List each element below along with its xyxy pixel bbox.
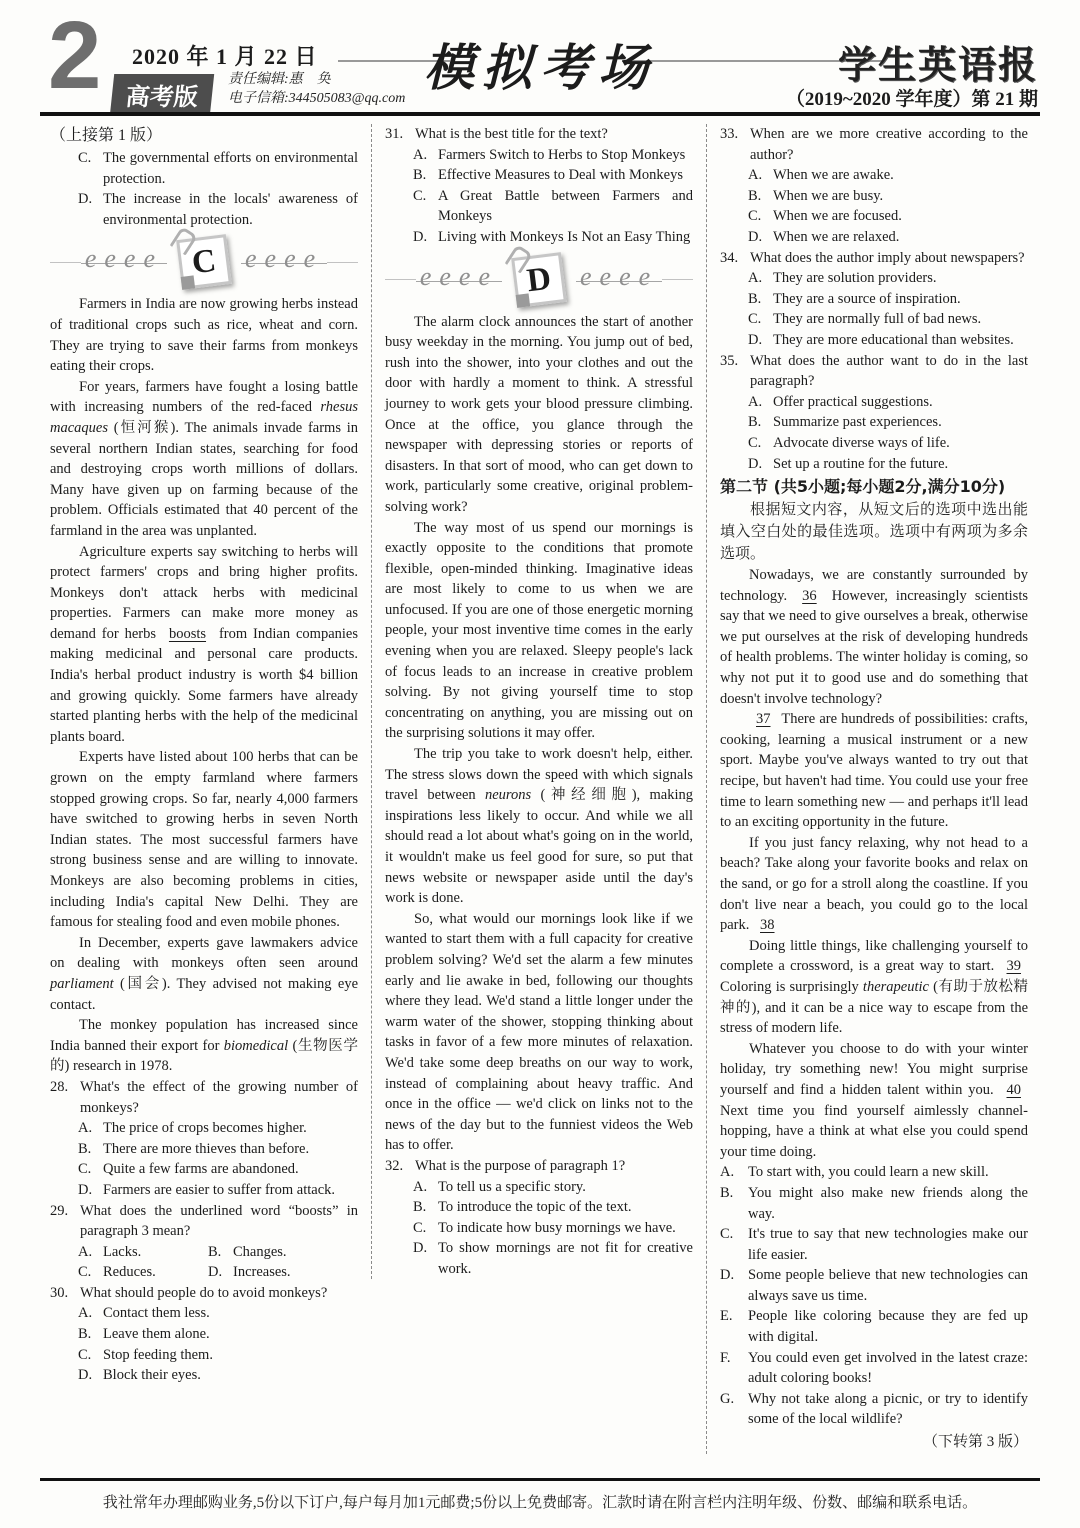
choice-label: F. (720, 1348, 748, 1389)
answer-option: C.They are normally full of bad news. (720, 309, 1028, 330)
section-instructions: 根据短文内容，从短文后的选项中选出能填入空白处的最佳选项。选项中有两项为多余选项… (720, 499, 1028, 565)
question-text: What's the effect of the growing number … (80, 1077, 358, 1118)
marker-line (327, 262, 358, 263)
option-label: D. (78, 189, 103, 230)
question-text: When are we more creative according to t… (750, 124, 1028, 165)
option-label: C. (748, 309, 773, 330)
option-label: C. (413, 1218, 438, 1239)
option-label: B. (413, 165, 438, 186)
answer-option: C.Stop feeding them. (50, 1345, 358, 1366)
option-text: They are normally full of bad news. (773, 309, 1028, 330)
option-text: To show mornings are not fit for creativ… (438, 1238, 693, 1279)
answer-option: D.Living with Monkeys Is Not an Easy Thi… (385, 227, 693, 248)
answer-option: C.Advocate diverse ways of life. (720, 433, 1028, 454)
answer-option: B.Effective Measures to Deal with Monkey… (385, 165, 693, 186)
newspaper-page: 2 2020 年 1 月 22 日 高考版 责任编辑:惠 奂 电子信箱:3445… (0, 0, 1080, 1528)
question-text: What is the best title for the text? (415, 124, 693, 145)
question: 32.What is the purpose of paragraph 1? (385, 1156, 693, 1177)
header-divider (40, 112, 1040, 116)
passage-paragraph: The monkey population has increased sinc… (50, 1015, 358, 1077)
option-text: Advocate diverse ways of life. (773, 433, 1028, 454)
answer-option: B.There are more thieves than before. (50, 1139, 358, 1160)
option-text: Reduces. (103, 1262, 156, 1283)
option-label: C. (748, 433, 773, 454)
option-text: Effective Measures to Deal with Monkeys (438, 165, 693, 186)
answer-option: C.Quite a few farms are abandoned. (50, 1159, 358, 1180)
passage-paragraph: The way most of us spend our mornings is… (385, 518, 693, 745)
option-label: A. (78, 1242, 103, 1263)
option-label: B. (413, 1197, 438, 1218)
answer-option: G.Why not take along a picnic, or try to… (720, 1389, 1028, 1430)
option-label: D. (208, 1262, 233, 1283)
option-text: Quite a few farms are abandoned. (103, 1159, 358, 1180)
option-text: The price of crops becomes higher. (103, 1118, 358, 1139)
answer-option: C.To indicate how busy mornings we have. (385, 1218, 693, 1239)
option-label: B. (208, 1242, 233, 1263)
choice-label: B. (720, 1183, 748, 1224)
option-text: To indicate how busy mornings we have. (438, 1218, 693, 1239)
choice-label: G. (720, 1389, 748, 1430)
answer-option: B.When we are busy. (720, 186, 1028, 207)
answer-option: A.To start with, you could learn a new s… (720, 1162, 1028, 1183)
footer-notice: 我社常年办理邮购业务,5份以下订户,每户每月加1元邮费;5份以上免费邮寄。汇款时… (0, 1491, 1080, 1512)
question: 35.What does the author want to do in th… (720, 351, 1028, 392)
issue-date: 2020 年 1 月 22 日 (132, 40, 318, 71)
footer-divider (40, 1478, 1040, 1481)
passage-paragraph: So, what would our mornings look like if… (385, 909, 693, 1156)
option-text: To introduce the topic of the text. (438, 1197, 693, 1218)
editor-line: 责任编辑:惠 奂 (228, 70, 405, 89)
option-label: A. (748, 268, 773, 289)
option-text: When we are relaxed. (773, 227, 1028, 248)
question-label: 30. (50, 1283, 80, 1304)
answer-option: B.They are a source of inspiration. (720, 289, 1028, 310)
passage-letter: C (190, 245, 218, 281)
body-columns: （上接第 1 版）C.The governmental efforts on e… (0, 116, 1080, 1470)
option-text: Contact them less. (103, 1303, 358, 1324)
option-text: They are a source of inspiration. (773, 289, 1028, 310)
page-header: 2 2020 年 1 月 22 日 高考版 责任编辑:惠 奂 电子信箱:3445… (0, 0, 1080, 116)
choice-label: A. (720, 1162, 748, 1183)
option-label: C. (78, 1262, 103, 1283)
question-text: What should people do to avoid monkeys? (80, 1283, 358, 1304)
answer-option: D.Set up a routine for the future. (720, 454, 1028, 475)
option-label: A. (78, 1118, 103, 1139)
column-3: 33.When are we more creative according t… (706, 124, 1028, 1454)
continued-from-note: （上接第 1 版） (50, 124, 358, 148)
answer-option: D.When we are relaxed. (720, 227, 1028, 248)
choice-label: E. (720, 1306, 748, 1347)
answer-option: D.Some people believe that new technolog… (720, 1265, 1028, 1306)
option-text: Lacks. (103, 1242, 141, 1263)
option-label: D. (78, 1180, 103, 1201)
passage-marker: eeeeCeeee (50, 232, 358, 292)
newspaper-logo: 学生英语报 (838, 34, 1038, 89)
answer-option: D.To show mornings are not fit for creat… (385, 1238, 693, 1279)
option-text: Living with Monkeys Is Not an Easy Thing (438, 227, 693, 248)
option-label: C. (78, 148, 103, 189)
section-two-heading: 第二节 (共5小题;每小题2分,满分10分) (720, 474, 1028, 499)
answer-option: A.They are solution providers. (720, 268, 1028, 289)
answer-option: E.People like coloring because they are … (720, 1306, 1028, 1347)
option-label: C. (78, 1159, 103, 1180)
choice-text: To start with, you could learn a new ski… (748, 1162, 1028, 1183)
coil-decoration: eeee (241, 246, 327, 278)
passage-paragraph: The trip you take to work doesn't help, … (385, 744, 693, 909)
passage-paragraph: 37 There are hundreds of possibilities: … (720, 709, 1028, 833)
coil-decoration: eeee (416, 264, 502, 296)
answer-option: F.You could even get involved in the lat… (720, 1348, 1028, 1389)
answer-option: B.Leave them alone. (50, 1324, 358, 1345)
option-text: Stop feeding them. (103, 1345, 358, 1366)
answer-option: A.Contact them less. (50, 1303, 358, 1324)
answer-option: A.Offer practical suggestions. (720, 392, 1028, 413)
option-label: B. (78, 1139, 103, 1160)
option-pair: A.Lacks.B.Changes. (50, 1242, 358, 1263)
question-label: 34. (720, 248, 750, 269)
option-label: A. (413, 145, 438, 166)
passage-paragraph: Whatever you choose to do with your wint… (720, 1039, 1028, 1163)
question-text: What is the purpose of paragraph 1? (415, 1156, 693, 1177)
answer-option: D.They are more educational than website… (720, 330, 1028, 351)
passage-paragraph: The alarm clock announces the start of a… (385, 312, 693, 518)
question: 28.What's the effect of the growing numb… (50, 1077, 358, 1118)
question: 31.What is the best title for the text? (385, 124, 693, 145)
option-label: D. (748, 227, 773, 248)
answer-option: D.Farmers are easier to suffer from atta… (50, 1180, 358, 1201)
option-pair: C.Reduces.D.Increases. (50, 1262, 358, 1283)
coil-decoration: eeee (576, 264, 662, 296)
question-label: 29. (50, 1201, 80, 1242)
option-label: A. (413, 1177, 438, 1198)
marker-line (385, 279, 416, 280)
option-text: Farmers are easier to suffer from attack… (103, 1180, 358, 1201)
option-text: Farmers Switch to Herbs to Stop Monkeys (438, 145, 693, 166)
option-text: A Great Battle between Farmers and Monke… (438, 186, 693, 227)
question-label: 35. (720, 351, 750, 392)
option-text: The increase in the locals' awareness of… (103, 189, 358, 230)
page-number: 2 (48, 10, 101, 101)
passage-paragraph: Farmers in India are now growing herbs i… (50, 294, 358, 376)
option-text: When we are awake. (773, 165, 1028, 186)
option-label: C. (78, 1345, 103, 1366)
question-text: What does the author want to do in the l… (750, 351, 1028, 392)
passage-marker: eeeeDeeee (385, 250, 693, 310)
answer-option: D.Block their eyes. (50, 1365, 358, 1386)
editor-info: 责任编辑:惠 奂 电子信箱:344505083@qq.com (228, 70, 405, 108)
answer-option: B.You might also make new friends along … (720, 1183, 1028, 1224)
passage-letter-stamp: C (176, 235, 232, 291)
column-2: 31.What is the best title for the text?A… (371, 124, 693, 1279)
option-text: When we are focused. (773, 206, 1028, 227)
question-label: 32. (385, 1156, 415, 1177)
option-text: To tell us a specific story. (438, 1177, 693, 1198)
option-label: D. (78, 1365, 103, 1386)
option-label: C. (413, 186, 438, 227)
question: 30.What should people do to avoid monkey… (50, 1283, 358, 1304)
option-label: D. (413, 227, 438, 248)
answer-option: C.It's true to say that new technologies… (720, 1224, 1028, 1265)
question: 34.What does the author imply about news… (720, 248, 1028, 269)
page-footer: 我社常年办理邮购业务,5份以下订户,每户每月加1元邮费;5份以上免费邮寄。汇款时… (0, 1478, 1080, 1512)
question: 33.When are we more creative according t… (720, 124, 1028, 165)
edition-badge: 高考版 (110, 74, 214, 116)
option-label: C. (748, 206, 773, 227)
answer-option: C.When we are focused. (720, 206, 1028, 227)
option-text: Leave them alone. (103, 1324, 358, 1345)
option-text: Set up a routine for the future. (773, 454, 1028, 475)
choice-text: You could even get involved in the lates… (748, 1348, 1028, 1389)
passage-paragraph: Nowadays, we are constantly surrounded b… (720, 565, 1028, 709)
option-text: Summarize past experiences. (773, 412, 1028, 433)
question-label: 33. (720, 124, 750, 165)
answer-option: C.The governmental efforts on environmen… (50, 148, 358, 189)
option-label: B. (748, 186, 773, 207)
option-label: D. (413, 1238, 438, 1279)
choice-label: C. (720, 1224, 748, 1265)
passage-paragraph: Experts have listed about 100 herbs that… (50, 747, 358, 932)
marker-line (662, 279, 693, 280)
option-label: A. (78, 1303, 103, 1324)
choice-text: Some people believe that new technologie… (748, 1265, 1028, 1306)
option-text: Changes. (233, 1242, 287, 1263)
option-text: They are solution providers. (773, 268, 1028, 289)
option-label: A. (748, 392, 773, 413)
question-label: 31. (385, 124, 415, 145)
passage-paragraph: Agriculture experts say switching to her… (50, 542, 358, 748)
question: 29.What does the underlined word “boosts… (50, 1201, 358, 1242)
email-line: 电子信箱:344505083@qq.com (228, 89, 405, 108)
option-text: They are more educational than websites. (773, 330, 1028, 351)
option-text: Block their eyes. (103, 1365, 358, 1386)
option-label: A. (748, 165, 773, 186)
column-1: （上接第 1 版）C.The governmental efforts on e… (50, 124, 358, 1386)
option-text: Increases. (233, 1262, 291, 1283)
option-text: When we are busy. (773, 186, 1028, 207)
option-text: Offer practical suggestions. (773, 392, 1028, 413)
page-title: 模拟考场 (424, 28, 656, 100)
issue-line: （2019~2020 学年度）第 21 期 (786, 84, 1038, 111)
option-text: The governmental efforts on environmenta… (103, 148, 358, 189)
option-label: B. (748, 412, 773, 433)
continued-to-note: （下转第 3 版） (720, 1430, 1028, 1454)
answer-option: D.The increase in the locals' awareness … (50, 189, 358, 230)
option-label: B. (748, 289, 773, 310)
answer-option: B.Summarize past experiences. (720, 412, 1028, 433)
option-label: D. (748, 330, 773, 351)
answer-option: A.When we are awake. (720, 165, 1028, 186)
question-text: What does the author imply about newspap… (750, 248, 1028, 269)
coil-decoration: eeee (81, 246, 167, 278)
passage-paragraph: For years, farmers have fought a losing … (50, 377, 358, 542)
question-text: What does the underlined word “boosts” i… (80, 1201, 358, 1242)
option-label: B. (78, 1324, 103, 1345)
passage-letter-stamp: D (511, 252, 567, 308)
question-label: 28. (50, 1077, 80, 1118)
option-label: D. (748, 454, 773, 475)
answer-option: A.To tell us a specific story. (385, 1177, 693, 1198)
passage-paragraph: Doing little things, like challenging yo… (720, 936, 1028, 1039)
option-text: There are more thieves than before. (103, 1139, 358, 1160)
choice-label: D. (720, 1265, 748, 1306)
passage-paragraph: In December, experts gave lawmakers advi… (50, 933, 358, 1015)
answer-option: B.To introduce the topic of the text. (385, 1197, 693, 1218)
choice-text: You might also make new friends along th… (748, 1183, 1028, 1224)
answer-option: C.A Great Battle between Farmers and Mon… (385, 186, 693, 227)
passage-paragraph: If you just fancy relaxing, why not head… (720, 833, 1028, 936)
choice-text: People like coloring because they are fe… (748, 1306, 1028, 1347)
answer-option: A.Farmers Switch to Herbs to Stop Monkey… (385, 145, 693, 166)
passage-letter: D (525, 262, 553, 298)
choice-text: It's true to say that new technologies m… (748, 1224, 1028, 1265)
marker-line (50, 262, 81, 263)
answer-option: A.The price of crops becomes higher. (50, 1118, 358, 1139)
choice-text: Why not take along a picnic, or try to i… (748, 1389, 1028, 1430)
